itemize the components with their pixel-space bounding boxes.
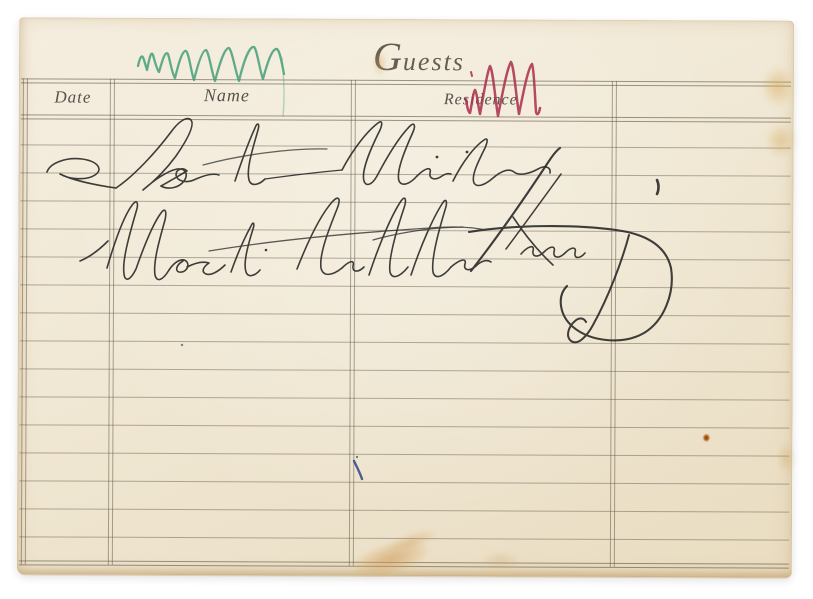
ruled-line-horizontal [21,82,791,86]
ruled-line-horizontal [19,424,789,428]
page-title: Guests [339,37,499,78]
stain [475,549,527,571]
ruled-line-horizontal [20,396,790,400]
stain [775,439,797,479]
ruled-line-horizontal [20,284,790,288]
inscription-line2-text: Martin Luther King [19,17,20,18]
ruled-line-horizontal [20,340,790,344]
page-title-rest: uests [403,47,465,77]
column-header-residence: Residence [403,91,559,110]
page-title-initial: G [373,37,402,77]
ruled-line-horizontal [21,118,791,122]
guestbook-page: Guests Date Name Residence Best Wishes M… [17,17,794,577]
column-divider-line [610,81,613,567]
ruled-line-horizontal [21,172,791,176]
ruled-line-horizontal [19,536,789,540]
column-header-blank [619,92,779,93]
ink-blot [702,433,710,442]
stain [759,117,803,165]
ruled-line-horizontal [19,452,789,456]
ruled-line-horizontal [20,312,790,316]
column-divider-line [353,80,356,566]
column-divider-line [25,78,28,564]
ruled-line-horizontal [20,368,790,372]
ruled-grid [19,17,794,20]
column-divider-line [112,79,115,565]
column-divider-line [21,78,24,564]
inscription-line1-text: Best Wishes [19,17,20,18]
column-header-name: Name [147,85,307,107]
stain [376,521,449,561]
ruled-line-horizontal [20,200,790,204]
column-divider-line [108,79,111,565]
ruled-line-horizontal [20,256,790,260]
column-divider-line [349,80,352,566]
ruled-line-horizontal [19,480,789,484]
ruled-line-horizontal [19,564,789,568]
ruled-line-horizontal [19,508,789,512]
ruled-line-horizontal [21,144,791,148]
column-divider-line [614,81,617,567]
guestbook-scan: Guests Date Name Residence Best Wishes M… [0,0,813,599]
ruled-line-horizontal [20,228,790,232]
column-header-date: Date [37,87,109,107]
